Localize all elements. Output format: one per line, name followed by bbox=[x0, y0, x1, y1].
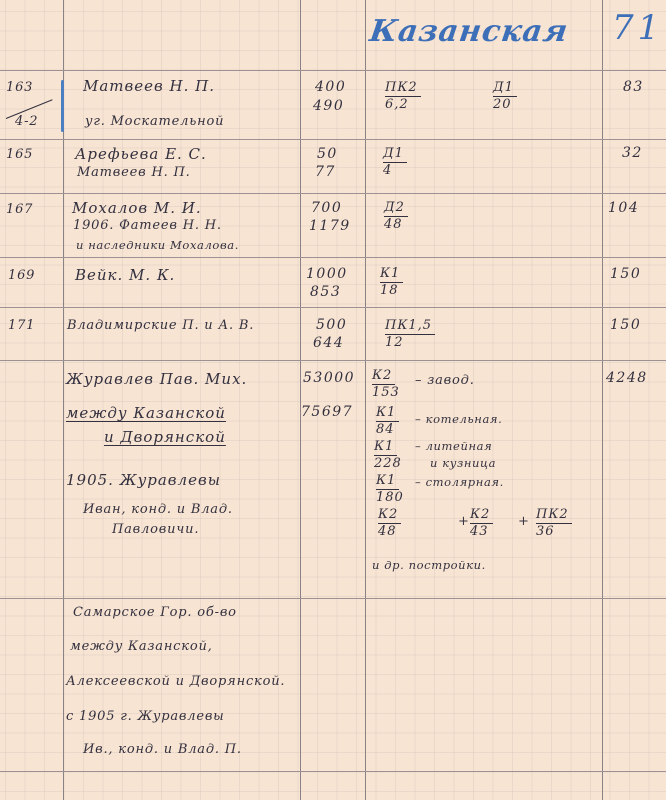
area-value: 644 bbox=[313, 335, 344, 351]
owner-succession: 1905. Журавлевы bbox=[66, 471, 221, 489]
column-divider-owner bbox=[300, 0, 301, 800]
row-divider bbox=[0, 307, 666, 308]
column-divider-area bbox=[365, 0, 366, 800]
owner-succession: с 1905 г. Журавлевы bbox=[66, 709, 225, 724]
area-value: 1179 bbox=[309, 218, 351, 234]
owner-name: Матвеев Н. П. bbox=[83, 77, 215, 95]
valuation: 150 bbox=[610, 266, 641, 282]
building-note: – котельная. bbox=[415, 412, 502, 426]
plus-sign: + bbox=[518, 514, 530, 529]
building-code: К2 48 bbox=[378, 507, 401, 540]
lot-number: 165 bbox=[6, 147, 33, 162]
row-divider bbox=[0, 193, 666, 194]
lot-number: 167 bbox=[6, 202, 33, 217]
owner-name: Самарское Гор. об-во bbox=[73, 605, 237, 620]
owner-location: Алексеевской и Дворянской. bbox=[66, 674, 285, 689]
area-value: 77 bbox=[315, 164, 336, 180]
owner-heirs: Павловичи. bbox=[112, 522, 199, 537]
building-code: ПК2 36 bbox=[536, 507, 572, 540]
area-value: 400 bbox=[315, 79, 346, 95]
owner-location: между Казанской, bbox=[70, 639, 213, 654]
building-code: К2 43 bbox=[470, 507, 493, 540]
owner-name: Матвеев Н. П. bbox=[77, 165, 191, 180]
row-divider bbox=[0, 139, 666, 140]
building-note: и кузница bbox=[430, 456, 496, 470]
owner-name: Арефьева Е. С. bbox=[75, 145, 207, 163]
owner-heirs: Ив., конд. и Влад. П. bbox=[83, 742, 242, 757]
owner-note: и наследники Мохалова. bbox=[76, 238, 239, 252]
area-value: 490 bbox=[313, 98, 344, 114]
building-code: К1 18 bbox=[380, 266, 403, 299]
blue-margin-mark bbox=[61, 80, 64, 132]
lot-number: 171 bbox=[8, 318, 35, 333]
owner-name: Владимирские П. и А. В. bbox=[67, 318, 254, 333]
owner-name: 1906. Фатеев Н. Н. bbox=[73, 218, 222, 233]
valuation: 104 bbox=[608, 200, 639, 216]
area-value: 50 bbox=[317, 146, 338, 162]
building-code: К1 84 bbox=[376, 405, 399, 438]
lot-sub-number: 4-2 bbox=[15, 114, 38, 129]
building-code: К1 228 bbox=[374, 439, 402, 472]
street-name-heading: Казанская bbox=[368, 14, 571, 49]
row-divider bbox=[0, 360, 666, 361]
area-value: 853 bbox=[310, 284, 341, 300]
lot-number: 169 bbox=[8, 268, 35, 283]
row-divider bbox=[0, 70, 666, 71]
building-code: ПК1,5 12 bbox=[385, 318, 435, 351]
owner-name: Журавлев Пав. Мих. bbox=[66, 370, 247, 388]
area-value: 1000 bbox=[306, 266, 348, 282]
owner-location: и Дворянской bbox=[104, 428, 226, 446]
area-value: 700 bbox=[311, 200, 342, 216]
building-note: – столярная. bbox=[415, 475, 504, 489]
ledger-page: Казанская 71 163 4-2 Матвеев Н. П. уг. М… bbox=[0, 0, 666, 800]
building-note: – литейная bbox=[415, 439, 492, 453]
lot-number: 163 bbox=[6, 80, 33, 95]
valuation: 32 bbox=[622, 145, 643, 161]
valuation: 150 bbox=[610, 317, 641, 333]
owner-address: уг. Москательной bbox=[85, 114, 224, 129]
column-divider-codes bbox=[602, 0, 603, 800]
area-value: 75697 bbox=[301, 404, 353, 420]
area-value: 500 bbox=[316, 317, 347, 333]
building-code: ПК2 6,2 bbox=[385, 80, 421, 113]
building-code: К1 180 bbox=[376, 473, 404, 506]
row-divider bbox=[0, 598, 666, 599]
codes-footer: и др. постройки. bbox=[372, 558, 486, 572]
building-code: Д1 20 bbox=[493, 80, 517, 113]
building-code: Д2 48 bbox=[384, 200, 408, 233]
owner-name: Мохалов М. И. bbox=[72, 199, 202, 217]
valuation: 83 bbox=[623, 79, 644, 95]
row-divider bbox=[0, 257, 666, 258]
area-value: 53000 bbox=[303, 370, 355, 386]
page-number: 71 bbox=[612, 8, 663, 48]
owner-location: между Казанской bbox=[66, 404, 226, 422]
building-note: – завод. bbox=[415, 373, 475, 388]
owner-name: Вейк. М. К. bbox=[75, 266, 175, 284]
owner-heirs: Иван, конд. и Влад. bbox=[83, 502, 233, 517]
building-code: Д1 4 bbox=[383, 146, 407, 179]
plus-sign: + bbox=[458, 514, 470, 529]
building-code: К2 153 bbox=[372, 368, 400, 401]
valuation: 4248 bbox=[606, 370, 648, 386]
row-divider bbox=[0, 771, 666, 772]
